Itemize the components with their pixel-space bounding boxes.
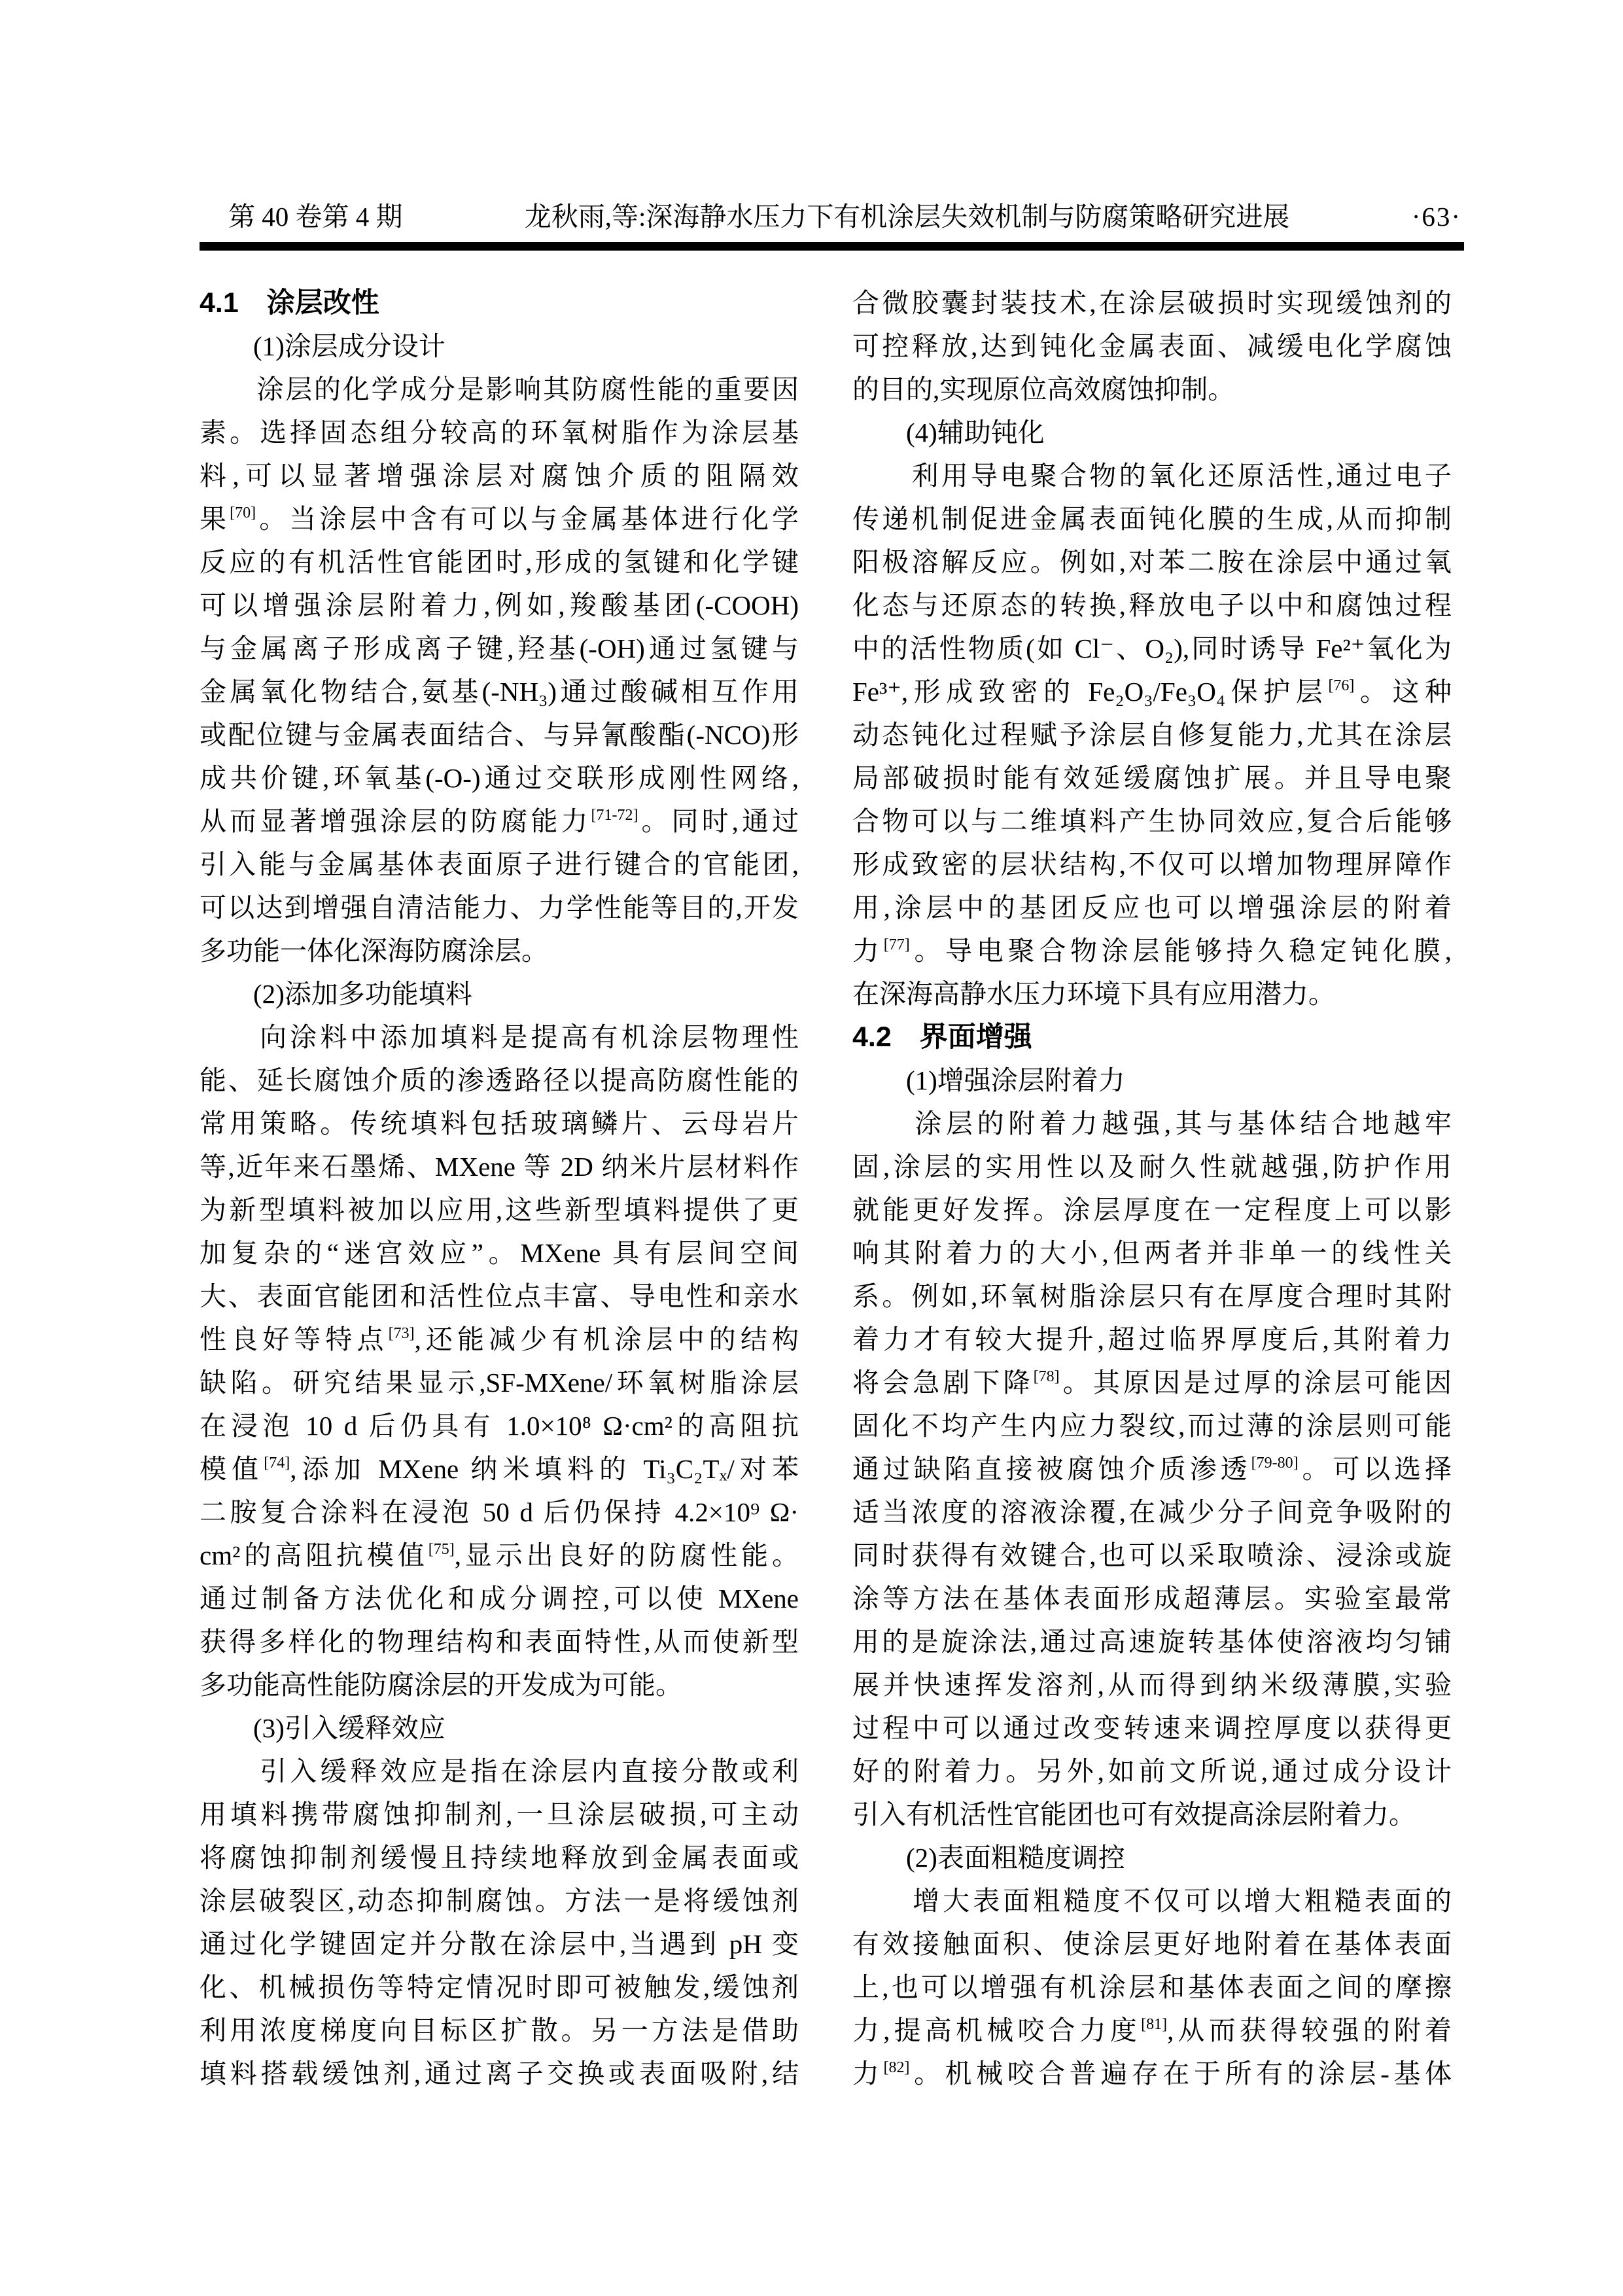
text-line: 就能更好发挥。涂层厚度在一定程度上可以影 (852, 1188, 1452, 1231)
text-line: 同时获得有效键合,也可以采取喷涂、浸涂或旋 (852, 1534, 1452, 1577)
reference-marker: [82] (884, 2059, 910, 2076)
text-line: 加复杂的“迷宫效应”。MXene 具有层间空间 (200, 1231, 799, 1275)
text-line: 适当浓度的溶液涂覆,在减少分子间竞争吸附的 (852, 1491, 1452, 1534)
text-line: 果[70]。当涂层中含有可以与金属基体进行化学 (200, 497, 799, 540)
text-line: 合物可以与二维填料产生协同效应,复合后能够 (852, 800, 1452, 843)
text-line: 缺陷。研究结果显示,SF-MXene/环氧树脂涂层 (200, 1361, 799, 1404)
text-line: 常用策略。传统填料包括玻璃鳞片、云母岩片 (200, 1102, 799, 1145)
text-line: 上,也可以增强有机涂层和基体表面之间的摩擦 (852, 1966, 1452, 2009)
running-title: 龙秋雨,等:深海静水压力下有机涂层失效机制与防腐策略研究进展 (403, 199, 1412, 234)
text-line: 化态与还原态的转换,释放电子以中和腐蚀过程 (852, 584, 1452, 627)
section-heading: 4.1 涂层改性 (200, 281, 799, 325)
text-line: 用,涂层中的基团反应也可以增强涂层的附着 (852, 886, 1452, 929)
section-heading: 4.2 界面增强 (852, 1016, 1452, 1059)
text-line: 传递机制促进金属表面钝化膜的生成,从而抑制 (852, 497, 1452, 540)
text-line: 力[77]。导电聚合物涂层能够持久稳定钝化膜, (852, 929, 1452, 972)
text-line: 素。选择固态组分较高的环氧树脂作为涂层基 (200, 411, 799, 454)
reference-marker: [70] (230, 504, 256, 521)
text-line: 填料搭载缓蚀剂,通过离子交换或表面吸附,结 (200, 2052, 799, 2095)
text-line: 料,可以显著增强涂层对腐蚀介质的阻隔效 (200, 454, 799, 497)
text-line: (3)引入缓释效应 (200, 1706, 799, 1750)
text-line: 的目的,实现原位高效腐蚀抑制。 (852, 368, 1452, 411)
text-line: 将会急剧下降[78]。其原因是过厚的涂层可能因 (852, 1361, 1452, 1404)
right-column: 合微胶囊封装技术,在涂层破损时实现缓蚀剂的可控释放,达到钝化金属表面、减缓电化学… (852, 281, 1452, 2095)
journal-page: 第 40 卷第 4 期 龙秋雨,等:深海静水压力下有机涂层失效机制与防腐策略研究… (0, 0, 1623, 2296)
text-line: 引入缓释效应是指在涂层内直接分散或利 (200, 1750, 799, 1793)
reference-marker: [78] (1034, 1368, 1060, 1385)
reference-marker: [77] (884, 936, 910, 953)
header-rule (200, 242, 1464, 251)
text-line: 引入能与金属基体表面原子进行键合的官能团, (200, 843, 799, 886)
text-line: (1)涂层成分设计 (200, 325, 799, 368)
text-line: 用填料携带腐蚀抑制剂,一旦涂层破损,可主动 (200, 1793, 799, 1836)
reference-marker: [79-80] (1251, 1455, 1299, 1472)
text-line: 增大表面粗糙度不仅可以增大粗糙表面的 (852, 1879, 1452, 1922)
text-line: 力[82]。机械咬合普遍存在于所有的涂层-基体 (852, 2052, 1452, 2095)
text-line: 响其附着力的大小,但两者并非单一的线性关 (852, 1231, 1452, 1275)
text-line: cm²的高阻抗模值[75],显示出良好的防腐性能。 (200, 1534, 799, 1577)
text-line: 涂层破裂区,动态抑制腐蚀。方法一是将缓蚀剂 (200, 1879, 799, 1922)
text-line: 涂等方法在基体表面形成超薄层。实验室最常 (852, 1577, 1452, 1620)
text-line: 固,涂层的实用性以及耐久性就越强,防护作用 (852, 1145, 1452, 1188)
text-line: (1)增强涂层附着力 (852, 1059, 1452, 1102)
text-line: 二胺复合涂料在浸泡 50 d 后仍保持 4.2×10⁹ Ω· (200, 1491, 799, 1534)
text-line: 金属氧化物结合,氨基(-NH₃)通过酸碱相互作用 (200, 670, 799, 713)
text-line: 通过制备方法优化和成分调控,可以使 MXene (200, 1577, 799, 1620)
text-line: 反应的有机活性官能团时,形成的氢键和化学键 (200, 540, 799, 584)
reference-marker: [71-72] (591, 807, 638, 824)
text-line: Fe³⁺,形成致密的 Fe₂O₃/Fe₃O₄保护层[76]。这种 (852, 670, 1452, 713)
left-column: 4.1 涂层改性 (1)涂层成分设计 涂层的化学成分是影响其防腐性能的重要因素。… (200, 281, 799, 2095)
reference-marker: [75] (428, 1541, 455, 1558)
text-line: 利用导电聚合物的氧化还原活性,通过电子 (852, 454, 1452, 497)
text-line: 成共价键,环氧基(-O-)通过交联形成刚性网络, (200, 756, 799, 800)
text-line: 获得多样化的物理结构和表面特性,从而使新型 (200, 1620, 799, 1663)
reference-marker: [74] (264, 1455, 290, 1472)
text-line: (2)添加多功能填料 (200, 972, 799, 1016)
text-line: 利用浓度梯度向目标区扩散。另一方法是借助 (200, 2009, 799, 2052)
text-line: 多功能高性能防腐涂层的开发成为可能。 (200, 1663, 799, 1706)
text-line: 涂层的附着力越强,其与基体结合地越牢 (852, 1102, 1452, 1145)
text-line: 过程中可以通过改变转速来调控厚度以获得更 (852, 1706, 1452, 1750)
text-line: 为新型填料被加以应用,这些新型填料提供了更 (200, 1188, 799, 1231)
text-line: 展并快速挥发溶剂,从而得到纳米级薄膜,实验 (852, 1663, 1452, 1706)
text-line: 用的是旋涂法,通过高速旋转基体使溶液均匀铺 (852, 1620, 1452, 1663)
text-line: 可以增强涂层附着力,例如,羧酸基团(-COOH) (200, 584, 799, 627)
text-line: 局部破损时能有效延缓腐蚀扩展。并且导电聚 (852, 756, 1452, 800)
text-line: 着力才有较大提升,超过临界厚度后,其附着力 (852, 1318, 1452, 1361)
text-line: 在浸泡 10 d 后仍具有 1.0×10⁸ Ω·cm²的高阻抗 (200, 1404, 799, 1447)
text-line: 性良好等特点[73],还能减少有机涂层中的结构 (200, 1318, 799, 1361)
text-line: 通过化学键固定并分散在涂层中,当遇到 pH 变 (200, 1922, 799, 1966)
text-line: 能、延长腐蚀介质的渗透路径以提高防腐性能的 (200, 1059, 799, 1102)
text-line: (4)辅助钝化 (852, 411, 1452, 454)
text-line: 有效接触面积、使涂层更好地附着在基体表面 (852, 1922, 1452, 1966)
text-line: 从而显著增强涂层的防腐能力[71-72]。同时,通过 (200, 800, 799, 843)
page-number: ·63· (1412, 199, 1464, 234)
text-line: 固化不均产生内应力裂纹,而过薄的涂层则可能 (852, 1404, 1452, 1447)
text-line: 多功能一体化深海防腐涂层。 (200, 929, 799, 972)
text-line: 合微胶囊封装技术,在涂层破损时实现缓蚀剂的 (852, 281, 1452, 325)
running-head: 第 40 卷第 4 期 龙秋雨,等:深海静水压力下有机涂层失效机制与防腐策略研究… (200, 199, 1464, 238)
text-line: 将腐蚀抑制剂缓慢且持续地释放到金属表面或 (200, 1836, 799, 1879)
text-line: 大、表面官能团和活性位点丰富、导电性和亲水 (200, 1275, 799, 1318)
text-line: 力,提高机械咬合力度[81],从而获得较强的附着 (852, 2009, 1452, 2052)
text-line: 与金属离子形成离子键,羟基(-OH)通过氢键与 (200, 627, 799, 670)
text-line: 化、机械损伤等特定情况时即可被触发,缓蚀剂 (200, 1966, 799, 2009)
reference-marker: [81] (1141, 2016, 1167, 2033)
volume-issue-label: 第 40 卷第 4 期 (200, 199, 403, 234)
reference-marker: [76] (1328, 677, 1354, 694)
text-line: 模值[74],添加 MXene 纳米填料的 Ti₃C₂Tₓ/对苯 (200, 1447, 799, 1491)
text-line: 在深海高静水压力环境下具有应用潜力。 (852, 972, 1452, 1016)
text-line: 涂层的化学成分是影响其防腐性能的重要因 (200, 368, 799, 411)
text-line: 阳极溶解反应。例如,对苯二胺在涂层中通过氧 (852, 540, 1452, 584)
text-line: 中的活性物质(如 Cl⁻、O₂),同时诱导 Fe²⁺氧化为 (852, 627, 1452, 670)
text-line: 好的附着力。另外,如前文所说,通过成分设计 (852, 1750, 1452, 1793)
text-line: 或配位键与金属表面结合、与异氰酸酯(-NCO)形 (200, 713, 799, 756)
text-line: 形成致密的层状结构,不仅可以增加物理屏障作 (852, 843, 1452, 886)
text-line: 通过缺陷直接被腐蚀介质渗透[79-80]。可以选择 (852, 1447, 1452, 1491)
text-line: 系。例如,环氧树脂涂层只有在厚度合理时其附 (852, 1275, 1452, 1318)
text-line: 可控释放,达到钝化金属表面、减缓电化学腐蚀 (852, 325, 1452, 368)
text-line: 可以达到增强自清洁能力、力学性能等目的,开发 (200, 886, 799, 929)
text-line: 向涂料中添加填料是提高有机涂层物理性 (200, 1016, 799, 1059)
text-line: 等,近年来石墨烯、MXene 等 2D 纳米片层材料作 (200, 1145, 799, 1188)
text-line: 引入有机活性官能团也可有效提高涂层附着力。 (852, 1793, 1452, 1836)
text-line: (2)表面粗糙度调控 (852, 1836, 1452, 1879)
reference-marker: [73] (389, 1325, 415, 1342)
text-line: 动态钝化过程赋予涂层自修复能力,尤其在涂层 (852, 713, 1452, 756)
